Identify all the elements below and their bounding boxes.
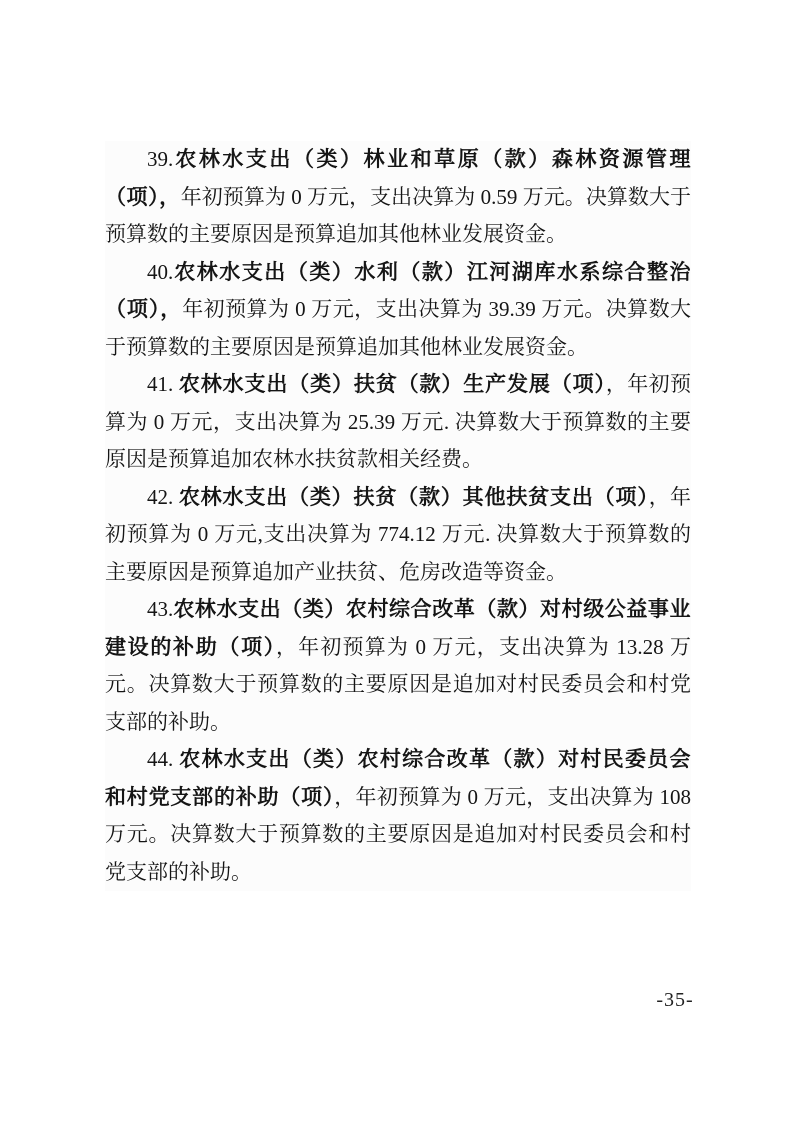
paragraph-44: 44. 农林水支出（类）农村综合改革（款）对村民委员会和村党支部的补助（项），年… <box>105 741 691 891</box>
paragraph-40-number: 40. <box>147 260 173 284</box>
paragraph-42-number: 42. <box>147 485 179 509</box>
paragraph-41-number: 41. <box>147 372 179 396</box>
page-number: -35- <box>645 989 705 1012</box>
paragraph-44-number: 44. <box>147 747 179 771</box>
document-body: 39.农林水支出（类）林业和草原（款）森林资源管理（项），年初预算为 0 万元，… <box>105 141 691 891</box>
paragraph-41-title: 农林水支出（类）扶贫（款）生产发展（项） <box>179 372 606 396</box>
paragraph-40: 40.农林水支出（类）水利（款）江河湖库水系综合整治（项），年初预算为 0 万元… <box>105 254 691 367</box>
paragraph-39-body: 年初预算为 0 万元，支出决算为 0.59 万元。决算数大于预算数的主要原因是预… <box>105 185 691 247</box>
paragraph-39: 39.农林水支出（类）林业和草原（款）森林资源管理（项），年初预算为 0 万元，… <box>105 141 691 254</box>
paragraph-43: 43.农林水支出（类）农村综合改革（款）对村级公益事业建设的补助（项），年初预算… <box>105 591 691 741</box>
paragraph-42: 42. 农林水支出（类）扶贫（款）其他扶贫支出（项），年初预算为 0 万元,支出… <box>105 479 691 592</box>
paragraph-41: 41. 农林水支出（类）扶贫（款）生产发展（项），年初预算为 0 万元，支出决算… <box>105 366 691 479</box>
document-page: 39.农林水支出（类）林业和草原（款）森林资源管理（项），年初预算为 0 万元，… <box>0 0 793 1122</box>
paragraph-42-title: 农林水支出（类）扶贫（款）其他扶贫支出（项） <box>179 485 649 509</box>
paragraph-39-number: 39. <box>147 147 173 171</box>
paragraph-43-number: 43. <box>147 597 173 621</box>
paragraph-40-body: 年初预算为 0 万元，支出决算为 39.39 万元。决算数大于预算数的主要原因是… <box>105 297 691 359</box>
